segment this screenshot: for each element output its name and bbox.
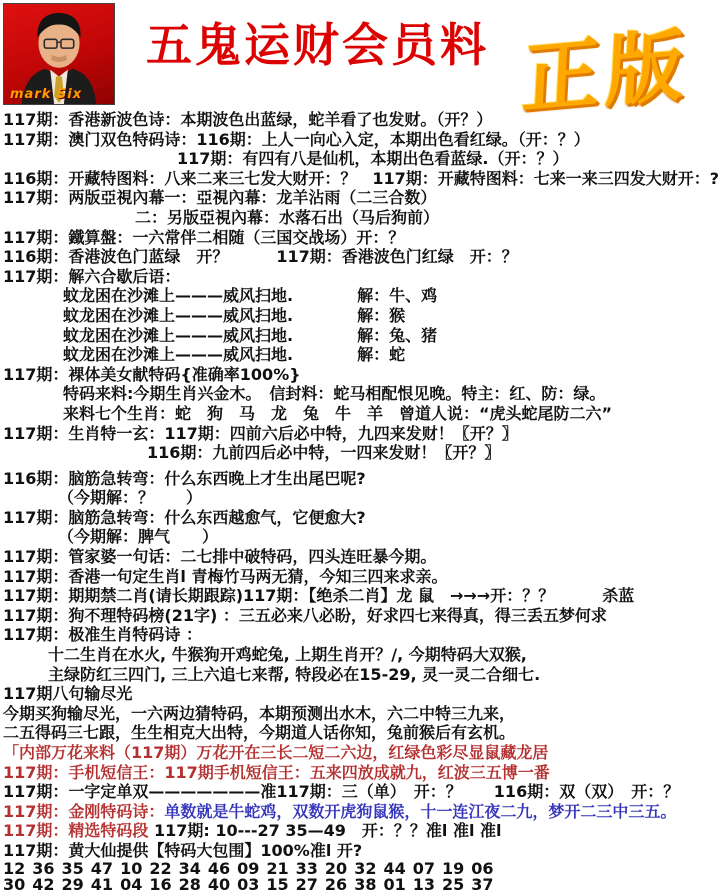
text-segment: 117期：裸体美女献特码{准确率100%} bbox=[3, 365, 301, 384]
text-segment: 二：另版亞視內幕：水落石出（马后狗前） bbox=[135, 208, 439, 227]
number-cell: 27 bbox=[296, 875, 318, 891]
text-line: 117期：鐵算盤：一六常伴二相随（三国交战场）开：？ bbox=[0, 228, 721, 248]
number-cell: 40 bbox=[208, 875, 230, 891]
text-line: 116期：开藏特图料：八来二来三七发大财开：？ 117期：开藏特图料：七来一来三… bbox=[0, 169, 721, 189]
text-line: 117期：极准生肖特码诗 ： bbox=[0, 625, 721, 645]
text-segment: 「内部万花来料 bbox=[3, 743, 115, 762]
tip-sheet-page: mark Six 五鬼运财会员料 正版 117期：香港新波色诗：本期波色出蓝绿，… bbox=[0, 0, 721, 891]
text-segment: 117期：一字定单双———————准117期：三（单） 开：？ 116期：双（双… bbox=[3, 782, 679, 801]
text-segment: 116期：脑筋急转弯：什么东西晚上才生出尾巴呢? bbox=[3, 469, 366, 488]
text-line: 蚊龙困在沙滩上———威风扫地. 解：蛇 bbox=[0, 345, 721, 365]
text-segment: 二五得码三七跟，生生相克大出特，今期道人话你知，兔前猴后有玄机。 bbox=[3, 723, 515, 742]
number-cell: 15 bbox=[266, 875, 288, 891]
text-segment: 117期：期期禁二肖(请长期跟踪)117期：【绝杀二肖】龙 鼠 →→→开：？？ … bbox=[3, 586, 634, 605]
text-segment: 117期：极准生肖特码诗 ： bbox=[3, 625, 202, 644]
text-line: 117期：生肖特一玄：117期：四前六后必中特，九四来发财！〖开？〗 bbox=[0, 424, 721, 444]
text-segment: 单数就是牛蛇鸡，双数开虎狗鼠猴，十一连江夜二九，梦开二三中三五。 bbox=[164, 802, 676, 821]
text-segment: 117期八句输尽光 bbox=[3, 684, 132, 703]
text-segment: 117期：脑筋急转弯：什么东西越愈气，它便愈大? bbox=[3, 508, 366, 527]
text-segment: 117期：解六合歇后语： bbox=[3, 267, 180, 286]
text-segment: 117期：生肖特一玄：117期：四前六后必中特，九四来发财！〖开？〗 bbox=[3, 424, 518, 443]
text-segment: 117期：手机短信王：117期手机短信王：五来四放成就九，红波三五博一番 bbox=[3, 763, 550, 782]
number-cell: 28 bbox=[179, 875, 201, 891]
text-line: 116期：香港波色门蓝绿 开？ 117期：香港波色门红绿 开：？ bbox=[0, 247, 721, 267]
text-segment: （今期解：脾气 ） bbox=[58, 527, 218, 546]
text-segment: （117期）万花开在三长二短二六边，红绿色彩尽显鼠藏龙居 bbox=[115, 743, 548, 762]
text-segment: 117期：金刚特码诗： bbox=[3, 802, 164, 821]
text-line: 蚊龙困在沙滩上———威风扫地. 解：猴 bbox=[0, 306, 721, 326]
text-line: 蚊龙困在沙滩上———威风扫地. 解：牛、鸡 bbox=[0, 286, 721, 306]
number-cell: 13 bbox=[413, 875, 435, 891]
text-segment: 117期：鐵算盤：一六常伴二相随（三国交战场）开：？ bbox=[3, 228, 404, 247]
text-segment: 117期：管家婆一句话：二七排中破特码，四头连旺暴今期。 bbox=[3, 547, 436, 566]
text-segment: 蚊龙困在沙滩上———威风扫地. 解：牛、鸡 bbox=[63, 286, 437, 305]
text-line: 117期：一字定单双———————准117期：三（单） 开：？ 116期：双（双… bbox=[0, 782, 721, 802]
text-line: 117期：香港新波色诗：本期波色出蓝绿，蛇羊看了也发财。（开？） bbox=[0, 110, 721, 130]
number-cell: 37 bbox=[471, 875, 493, 891]
text-segment: 117期：香港一句定生肖l 青梅竹马两无猜，今知三四来求亲。 bbox=[3, 567, 447, 586]
text-segment: 蚊龙困在沙滩上———威风扫地. 解：猴 bbox=[63, 306, 405, 325]
text-segment: 蚊龙困在沙滩上———威风扫地. 解：兔、猪 bbox=[63, 326, 437, 345]
number-cell: 30 bbox=[3, 875, 25, 891]
text-segment: （今期解：？ ） bbox=[58, 488, 202, 507]
text-line: 117期：解六合歇后语： bbox=[0, 267, 721, 287]
text-line: 二：另版亞視內幕：水落石出（马后狗前） bbox=[0, 208, 721, 228]
text-line: 117期：黄大仙提供【特码大包围】100%准l 开? bbox=[0, 841, 721, 861]
text-segment: 蚊龙困在沙滩上———威风扫地. 解：蛇 bbox=[63, 345, 405, 364]
text-line: 117期：香港一句定生肖l 青梅竹马两无猜，今知三四来求亲。 bbox=[0, 567, 721, 587]
number-row: 3042294104162840031527263801132537 bbox=[0, 877, 721, 891]
content-lines: 117期：香港新波色诗：本期波色出蓝绿，蛇羊看了也发财。（开？）117期：澳门双… bbox=[0, 108, 721, 891]
text-line: 117期：管家婆一句话：二七排中破特码，四头连旺暴今期。 bbox=[0, 547, 721, 567]
text-line: 主绿防红三四门, 三上六追七来帮, 特段必在15-29, 灵一灵二合细七. bbox=[0, 665, 721, 685]
text-segment: 117期：狗不理特码榜(21字) ：三五必来八必盼，好求四七来得真，得三丢五梦何… bbox=[3, 606, 607, 625]
text-segment: 特码来料:今期生肖兴金木。 信封料：蛇马相配恨见晚。特主：红、防：绿。 bbox=[63, 384, 605, 403]
text-line: 「内部万花来料（117期）万花开在三长二短二六边，红绿色彩尽显鼠藏龙居 bbox=[0, 743, 721, 763]
text-segment: 十二生肖在水火, 牛猴狗开鸡蛇兔, 上期生肖开？/, 今期特码大双猴, bbox=[48, 645, 527, 664]
number-cell: 04 bbox=[120, 875, 142, 891]
portrait-photo: mark Six bbox=[3, 3, 115, 105]
text-line: 十二生肖在水火, 牛猴狗开鸡蛇兔, 上期生肖开？/, 今期特码大双猴, bbox=[0, 645, 721, 665]
number-cell: 26 bbox=[325, 875, 347, 891]
text-segment: 117期：黄大仙提供【特码大包围】100%准l 开? bbox=[3, 841, 362, 860]
text-segment: 116期：九前四后必中特，一四来发财！〖开？〗 bbox=[147, 443, 500, 462]
text-line: （今期解：？ ） bbox=[0, 488, 721, 508]
page-title: 五鬼运财会员料 bbox=[146, 22, 489, 68]
text-segment: 今期买狗输尽光，一六两边猜特码，本期预测出水木，六二中特三九来， bbox=[3, 704, 515, 723]
text-line: 116期：脑筋急转弯：什么东西晚上才生出尾巴呢? bbox=[0, 469, 721, 489]
genuine-edition-stamp: 正版 bbox=[520, 26, 691, 119]
text-line: 117期：两版亞視內幕一：亞視內幕：龙羊沾雨（二三合数） bbox=[0, 188, 721, 208]
text-line: 来料七个生肖：蛇 狗 马 龙 兔 牛 羊 曾道人说：“虎头蛇尾防二六” bbox=[0, 404, 721, 424]
text-segment: 117期：香港新波色诗：本期波色出蓝绿，蛇羊看了也发财。（开？） bbox=[3, 110, 492, 129]
text-line: 117期：有四有八是仙机，本期出色看蓝绿.（开：？） bbox=[0, 149, 721, 169]
text-segment: 117期：两版亞視內幕一：亞視內幕：龙羊沾雨（二三合数） bbox=[3, 188, 436, 207]
number-cell: 03 bbox=[237, 875, 259, 891]
number-cell: 42 bbox=[32, 875, 54, 891]
text-line: 117期：手机短信王：117期手机短信王：五来四放成就九，红波三五博一番 bbox=[0, 763, 721, 783]
text-segment: 117期：澳门双色特码诗：116期：上人一向心入定，本期出色看红绿。（开：？） bbox=[3, 130, 590, 149]
number-cell: 25 bbox=[442, 875, 464, 891]
text-line: 117期：裸体美女献特码{准确率100%} bbox=[0, 365, 721, 385]
text-line: 二五得码三七跟，生生相克大出特，今期道人话你知，兔前猴后有玄机。 bbox=[0, 723, 721, 743]
text-segment: 来料七个生肖：蛇 狗 马 龙 兔 牛 羊 曾道人说：“虎头蛇尾防二六” bbox=[63, 404, 612, 423]
text-segment: 116期：开藏特图料：八来二来三七发大财开：？ 117期：开藏特图料：七来一来三… bbox=[3, 169, 719, 188]
text-line: 117期：澳门双色特码诗：116期：上人一向心入定，本期出色看红绿。（开：？） bbox=[0, 130, 721, 150]
text-line: 117期：精选特码段 117期: 10---27 35—49 开：？？准l 准l… bbox=[0, 821, 721, 841]
text-segment: 117期：有四有八是仙机，本期出色看蓝绿.（开：？） bbox=[177, 149, 568, 168]
number-cell: 01 bbox=[383, 875, 405, 891]
text-line: 117期：脑筋急转弯：什么东西越愈气，它便愈大? bbox=[0, 508, 721, 528]
text-segment: 117期：精选特码段 bbox=[3, 821, 154, 840]
text-line: 116期：九前四后必中特，一四来发财！〖开？〗 bbox=[0, 443, 721, 463]
text-segment: 116期：香港波色门蓝绿 开？ 117期：香港波色门红绿 开：？ bbox=[3, 247, 518, 266]
text-line: 今期买狗输尽光，一六两边猜特码，本期预测出水木，六二中特三九来， bbox=[0, 704, 721, 724]
text-segment: 117期: 10---27 35—49 开：？？准l 准l 准l bbox=[154, 821, 502, 840]
number-cell: 41 bbox=[91, 875, 113, 891]
text-line: 117期：狗不理特码榜(21字) ：三五必来八必盼，好求四七来得真，得三丢五梦何… bbox=[0, 606, 721, 626]
number-cell: 29 bbox=[62, 875, 84, 891]
text-line: 特码来料:今期生肖兴金木。 信封料：蛇马相配恨见晚。特主：红、防：绿。 bbox=[0, 384, 721, 404]
text-line: 蚊龙困在沙滩上———威风扫地. 解：兔、猪 bbox=[0, 326, 721, 346]
number-cell: 16 bbox=[149, 875, 171, 891]
header: mark Six 五鬼运财会员料 正版 bbox=[0, 0, 721, 108]
number-cell: 38 bbox=[354, 875, 376, 891]
text-segment: 主绿防红三四门, 三上六追七来帮, 特段必在15-29, 灵一灵二合细七. bbox=[48, 665, 540, 684]
text-line: 117期：期期禁二肖(请长期跟踪)117期：【绝杀二肖】龙 鼠 →→→开：？？ … bbox=[0, 586, 721, 606]
text-line: 117期八句输尽光 bbox=[0, 684, 721, 704]
text-line: （今期解：脾气 ） bbox=[0, 527, 721, 547]
text-line: 117期：金刚特码诗：单数就是牛蛇鸡，双数开虎狗鼠猴，十一连江夜二九，梦开二三中… bbox=[0, 802, 721, 822]
portrait-caption: mark Six bbox=[10, 87, 82, 102]
